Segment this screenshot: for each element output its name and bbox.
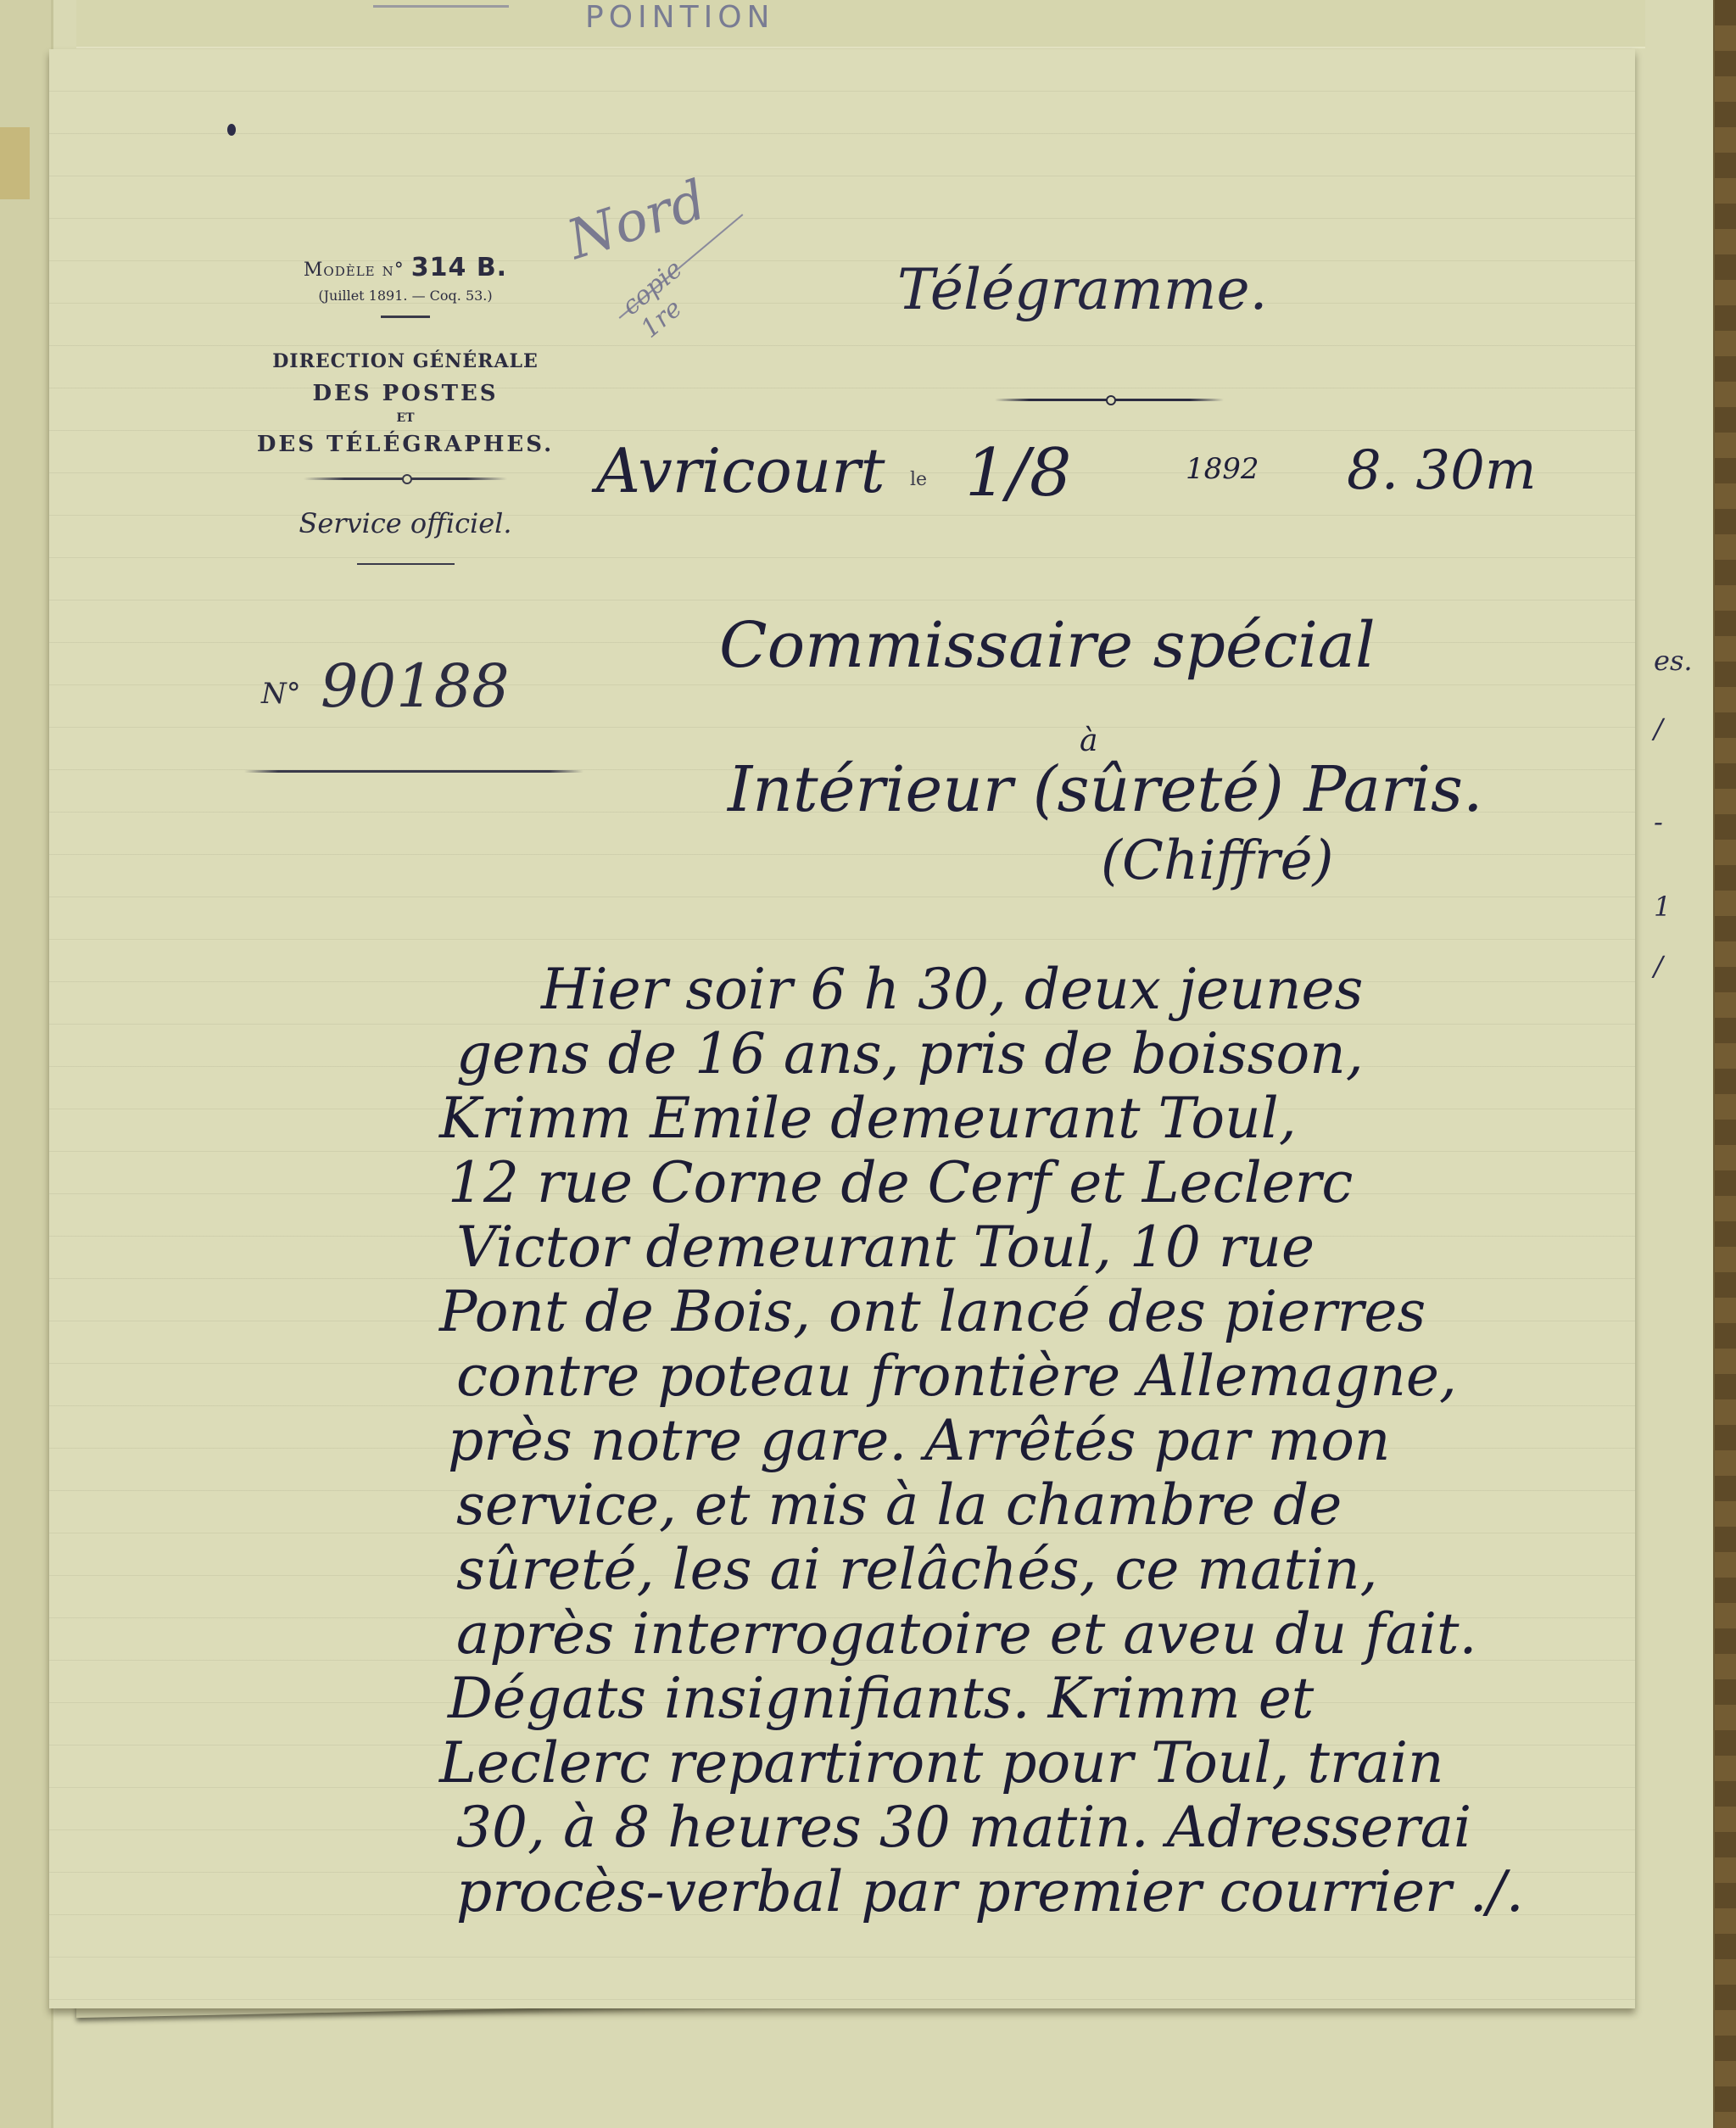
body-line: Krimm Emile demeurant Toul, [439, 1086, 1297, 1151]
numero-value: 90188 [321, 651, 510, 721]
modele-line: Modèle n° 314 B. [236, 253, 575, 282]
pencil-annotation: Nord copie 1re [567, 189, 707, 252]
pencil-sub: copie 1re [617, 246, 717, 343]
body-line: procès-verbal par premier courrier ./. [456, 1859, 1524, 1924]
title-ornament-rule [995, 399, 1224, 401]
modele-label: Modèle n° [304, 260, 405, 281]
ornament-rule [373, 5, 509, 8]
origin-date: 1/8 [965, 435, 1072, 511]
divider [381, 316, 430, 318]
body-line: Pont de Bois, ont lancé des pierres [439, 1279, 1426, 1344]
body-line: 12 rue Corne de Cerf et Leclerc [448, 1150, 1353, 1215]
ornament-rule [304, 478, 507, 480]
body-line: 30, à 8 heures 30 matin. Adresserai [456, 1795, 1471, 1860]
addressee-line-1: Commissaire spécial [719, 609, 1376, 682]
modele-number: 314 B. [411, 253, 507, 282]
body-line: service, et mis à la chambre de [456, 1472, 1342, 1538]
margin-mark: / [1654, 950, 1663, 982]
divider [244, 770, 583, 773]
body-line: gens de 16 ans, pris de boisson, [456, 1021, 1364, 1086]
underlying-sheet-top: POINTION [76, 0, 1645, 48]
addressee-line-3: (Chiffré) [1101, 829, 1333, 892]
addressee-line-2: Intérieur (sûreté) Paris. [728, 753, 1483, 826]
telegram-sheet: Modèle n° 314 B. (Juillet 1891. — Coq. 5… [49, 49, 1635, 2008]
body-line: sûreté, les ai relâchés, ce matin, [456, 1537, 1377, 1602]
margin-mark: es. [1654, 645, 1693, 677]
body-line: Hier soir 6 h 30, deux jeunes [541, 957, 1363, 1022]
background-stamp: POINTION [585, 0, 774, 35]
left-tab [0, 127, 30, 199]
direction-generale: DIRECTION GÉNÉRALE [236, 350, 575, 372]
left-page-edge [0, 0, 53, 2128]
origin-time: 8. 30m [1347, 439, 1537, 502]
body-line: après interrogatoire et aveu du fait. [456, 1601, 1477, 1667]
origin-le: le [910, 469, 927, 490]
et: ET [236, 411, 575, 425]
punch-hole [227, 124, 236, 136]
des-postes: DES POSTES [236, 381, 575, 406]
numero-label: N° [261, 677, 301, 711]
origin-year: 1892 [1186, 452, 1259, 486]
body-line: Leclerc repartiront pour Toul, train [439, 1730, 1443, 1796]
margin-mark: - [1654, 806, 1663, 838]
margin-mark: 1 [1654, 891, 1671, 923]
divider [357, 563, 455, 565]
body-line: Victor demeurant Toul, 10 rue [456, 1215, 1315, 1280]
modele-sub: (Juillet 1891. — Coq. 53.) [236, 288, 575, 304]
margin-mark: / [1654, 712, 1663, 745]
body-line: près notre gare. Arrêtés par mon [448, 1408, 1390, 1473]
body-line: contre poteau frontière Allemagne, [456, 1343, 1457, 1409]
origin-place: Avricourt [596, 435, 885, 506]
des-telegraphes: DES TÉLÉGRAPHES. [236, 432, 575, 457]
form-header: Modèle n° 314 B. (Juillet 1891. — Coq. 5… [236, 253, 575, 565]
document-title: Télégramme. [897, 257, 1267, 322]
service-officiel: Service officiel. [236, 507, 575, 539]
body-line: Dégats insignifiants. Krimm et [448, 1666, 1314, 1731]
wood-surface [1715, 0, 1736, 2128]
